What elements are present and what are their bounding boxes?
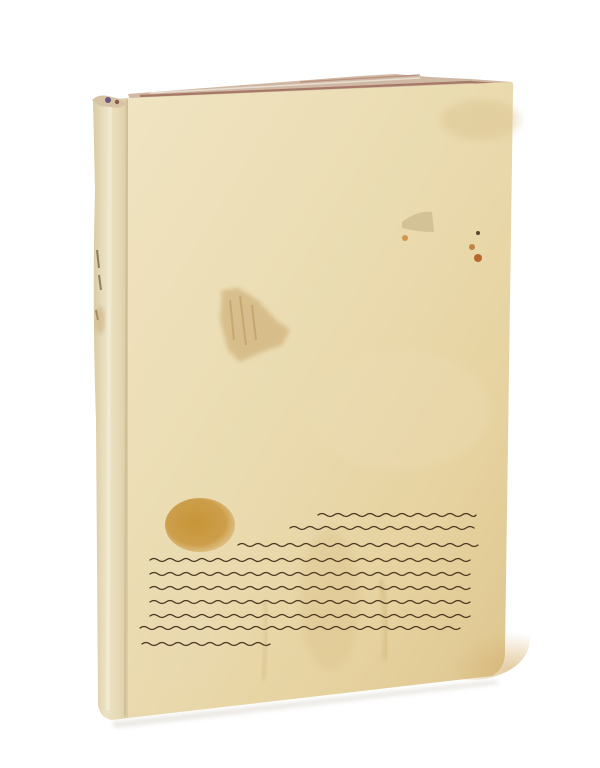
book-photograph bbox=[0, 0, 600, 768]
spine bbox=[92, 96, 130, 721]
front-cover bbox=[128, 82, 530, 718]
